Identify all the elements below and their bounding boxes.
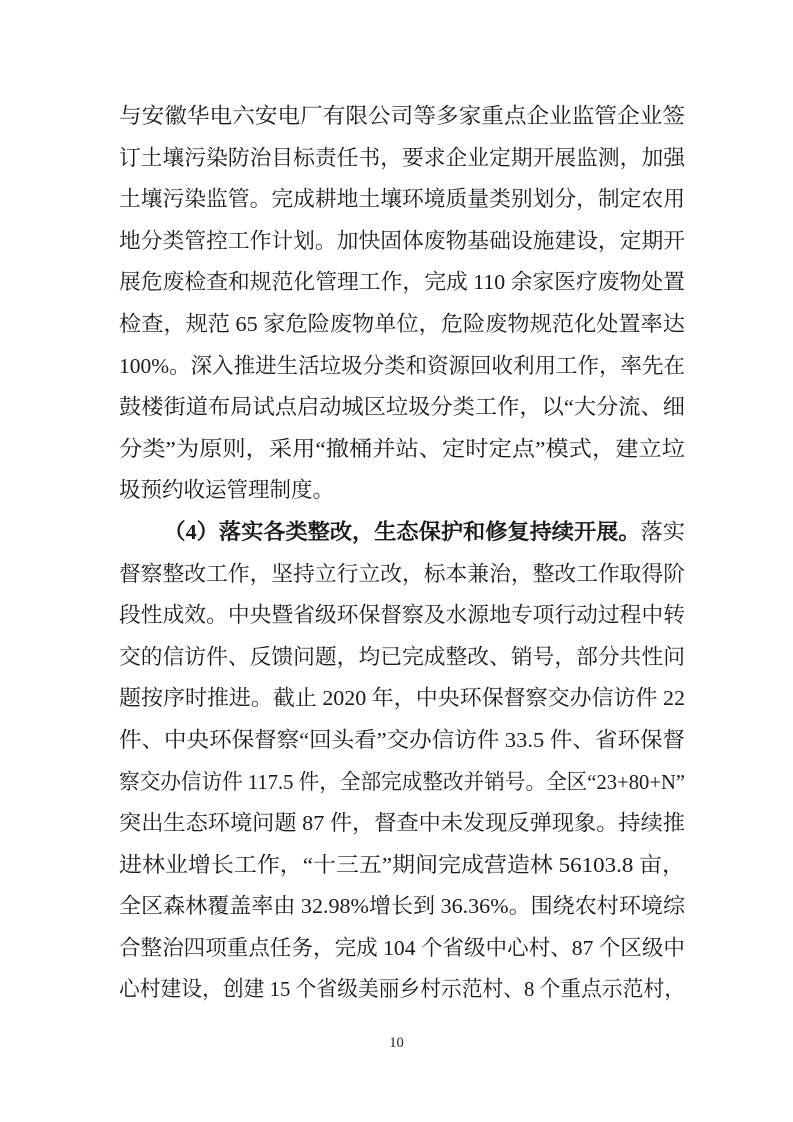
text-run: 土壤污染监管。完成耕地土壤环境质量类别划分，制定农用: [119, 187, 685, 211]
text-line: 100%。深入推进生活垃圾分类和资源回收利用工作，率先在: [119, 346, 685, 388]
text-run: 鼓楼街道布局试点启动城区垃圾分类工作，以“大分流、细: [119, 395, 685, 419]
text-run: 题按序时推进。截止 2020 年，中央环保督察交办信访件 22: [119, 686, 685, 710]
text-line: 交的信访件、反馈问题，均已完成整改、销号，部分共性问: [119, 637, 685, 679]
text-run: 与安徽华电六安电厂有限公司等多家重点企业监管企业签: [119, 104, 685, 128]
text-run: 订土壤污染防治目标责任书，要求企业定期开展监测，加强: [119, 146, 685, 170]
text-run: 交的信访件、反馈问题，均已完成整改、销号，部分共性问: [119, 645, 685, 669]
text-line-content: 督察整改工作，坚持立行立改，标本兼治，整改工作取得阶: [119, 554, 685, 596]
page-number: 10: [0, 1035, 793, 1052]
text-line: 全区森林覆盖率由 32.98%增长到 36.36%。围绕农村环境综: [119, 886, 685, 928]
text-line: 土壤污染监管。完成耕地土壤环境质量类别划分，制定农用: [119, 179, 685, 221]
text-line: 段性成效。中央暨省级环保督察及水源地专项行动过程中转: [119, 595, 685, 637]
text-line-content: 全区森林覆盖率由 32.98%增长到 36.36%。围绕农村环境综: [119, 886, 685, 928]
text-run: 展危废检查和规范化管理工作，完成 110 余家医疗废物处置: [119, 270, 685, 294]
text-line: 件、中央环保督察“回头看”交办信访件 33.5 件、省环保督: [119, 720, 685, 762]
text-run: 突出生态环境问题 87 件，督查中未发现反弹现象。持续推: [119, 811, 685, 835]
text-line-content: 与安徽华电六安电厂有限公司等多家重点企业监管企业签: [119, 96, 685, 138]
text-line-content: 进林业增长工作，“十三五”期间完成营造林 56103.8 亩，: [119, 845, 685, 887]
document-body: 与安徽华电六安电厂有限公司等多家重点企业监管企业签订土壤污染防治目标责任书，要求…: [119, 96, 685, 1011]
text-run: 地分类管控工作计划。加快固体废物基础设施建设，定期开: [119, 229, 685, 253]
text-line-content: 分类”为原则，采用“撤桶并站、定时定点”模式，建立垃: [119, 429, 685, 471]
text-run: 件、中央环保督察“回头看”交办信访件 33.5 件、省环保督: [119, 728, 685, 752]
text-run: 全区森林覆盖率由 32.98%增长到 36.36%。围绕农村环境综: [119, 894, 685, 918]
text-run: 察交办信访件 117.5 件，全部完成整改并销号。全区“23+80+N”: [119, 770, 685, 794]
text-line-content: 100%。深入推进生活垃圾分类和资源回收利用工作，率先在: [119, 346, 685, 388]
text-line-content: 土壤污染监管。完成耕地土壤环境质量类别划分，制定农用: [119, 179, 685, 221]
text-line: 展危废检查和规范化管理工作，完成 110 余家医疗废物处置: [119, 262, 685, 304]
text-line: 圾预约收运管理制度。: [119, 470, 685, 512]
heading-run: （4）落实各类整改，生态保护和修复持续开展。: [163, 520, 640, 544]
text-line-content: 圾预约收运管理制度。: [119, 470, 334, 512]
text-line: 察交办信访件 117.5 件，全部完成整改并销号。全区“23+80+N”: [119, 762, 685, 804]
text-run: 心村建设，创建 15 个省级美丽乡村示范村、8 个重点示范村，: [119, 977, 685, 1001]
text-line-content: 交的信访件、反馈问题，均已完成整改、销号，部分共性问: [119, 637, 685, 679]
text-line-content: 展危废检查和规范化管理工作，完成 110 余家医疗废物处置: [119, 262, 685, 304]
text-run: 段性成效。中央暨省级环保督察及水源地专项行动过程中转: [119, 603, 685, 627]
text-line-content: 题按序时推进。截止 2020 年，中央环保督察交办信访件 22: [119, 678, 685, 720]
text-line: 突出生态环境问题 87 件，督查中未发现反弹现象。持续推: [119, 803, 685, 845]
text-run: 分类”为原则，采用“撤桶并站、定时定点”模式，建立垃: [119, 437, 685, 461]
text-run: 检查，规范 65 家危险废物单位，危险废物规范化处置率达: [119, 312, 685, 336]
document-page: 与安徽华电六安电厂有限公司等多家重点企业监管企业签订土壤污染防治目标责任书，要求…: [0, 0, 793, 1122]
text-line: 分类”为原则，采用“撤桶并站、定时定点”模式，建立垃: [119, 429, 685, 471]
text-run: 合整治四项重点任务，完成 104 个省级中心村、87 个区级中: [119, 936, 685, 960]
text-line-content: 察交办信访件 117.5 件，全部完成整改并销号。全区“23+80+N”: [119, 762, 685, 804]
text-line: 题按序时推进。截止 2020 年，中央环保督察交办信访件 22: [119, 678, 685, 720]
text-line: 合整治四项重点任务，完成 104 个省级中心村、87 个区级中: [119, 928, 685, 970]
text-line: 进林业增长工作，“十三五”期间完成营造林 56103.8 亩，: [119, 845, 685, 887]
text-line: 督察整改工作，坚持立行立改，标本兼治，整改工作取得阶: [119, 554, 685, 596]
text-line-content: 段性成效。中央暨省级环保督察及水源地专项行动过程中转: [119, 595, 685, 637]
text-run: 进林业增长工作，“十三五”期间完成营造林 56103.8 亩，: [119, 853, 685, 877]
text-line-content: 检查，规范 65 家危险废物单位，危险废物规范化处置率达: [119, 304, 685, 346]
text-line: 订土壤污染防治目标责任书，要求企业定期开展监测，加强: [119, 138, 685, 180]
text-run: 圾预约收运管理制度。: [119, 478, 334, 502]
text-run: 督察整改工作，坚持立行立改，标本兼治，整改工作取得阶: [119, 562, 685, 586]
text-line-content: 订土壤污染防治目标责任书，要求企业定期开展监测，加强: [119, 138, 685, 180]
text-line-content: （4）落实各类整改，生态保护和修复持续开展。落实: [119, 512, 685, 554]
text-run: 100%。深入推进生活垃圾分类和资源回收利用工作，率先在: [119, 354, 685, 378]
text-line-content: 合整治四项重点任务，完成 104 个省级中心村、87 个区级中: [119, 928, 685, 970]
text-line: 鼓楼街道布局试点启动城区垃圾分类工作，以“大分流、细: [119, 387, 685, 429]
text-line-content: 突出生态环境问题 87 件，督查中未发现反弹现象。持续推: [119, 803, 685, 845]
text-line-content: 地分类管控工作计划。加快固体废物基础设施建设，定期开: [119, 221, 685, 263]
text-line-content: 件、中央环保督察“回头看”交办信访件 33.5 件、省环保督: [119, 720, 685, 762]
text-line: 心村建设，创建 15 个省级美丽乡村示范村、8 个重点示范村，: [119, 969, 685, 1011]
text-line: 与安徽华电六安电厂有限公司等多家重点企业监管企业签: [119, 96, 685, 138]
text-line-content: 心村建设，创建 15 个省级美丽乡村示范村、8 个重点示范村，: [119, 969, 685, 1011]
text-line: （4）落实各类整改，生态保护和修复持续开展。落实: [119, 512, 685, 554]
text-line-content: 鼓楼街道布局试点启动城区垃圾分类工作，以“大分流、细: [119, 387, 685, 429]
text-line: 检查，规范 65 家危险废物单位，危险废物规范化处置率达: [119, 304, 685, 346]
text-line: 地分类管控工作计划。加快固体废物基础设施建设，定期开: [119, 221, 685, 263]
text-run: 落实: [641, 520, 685, 544]
